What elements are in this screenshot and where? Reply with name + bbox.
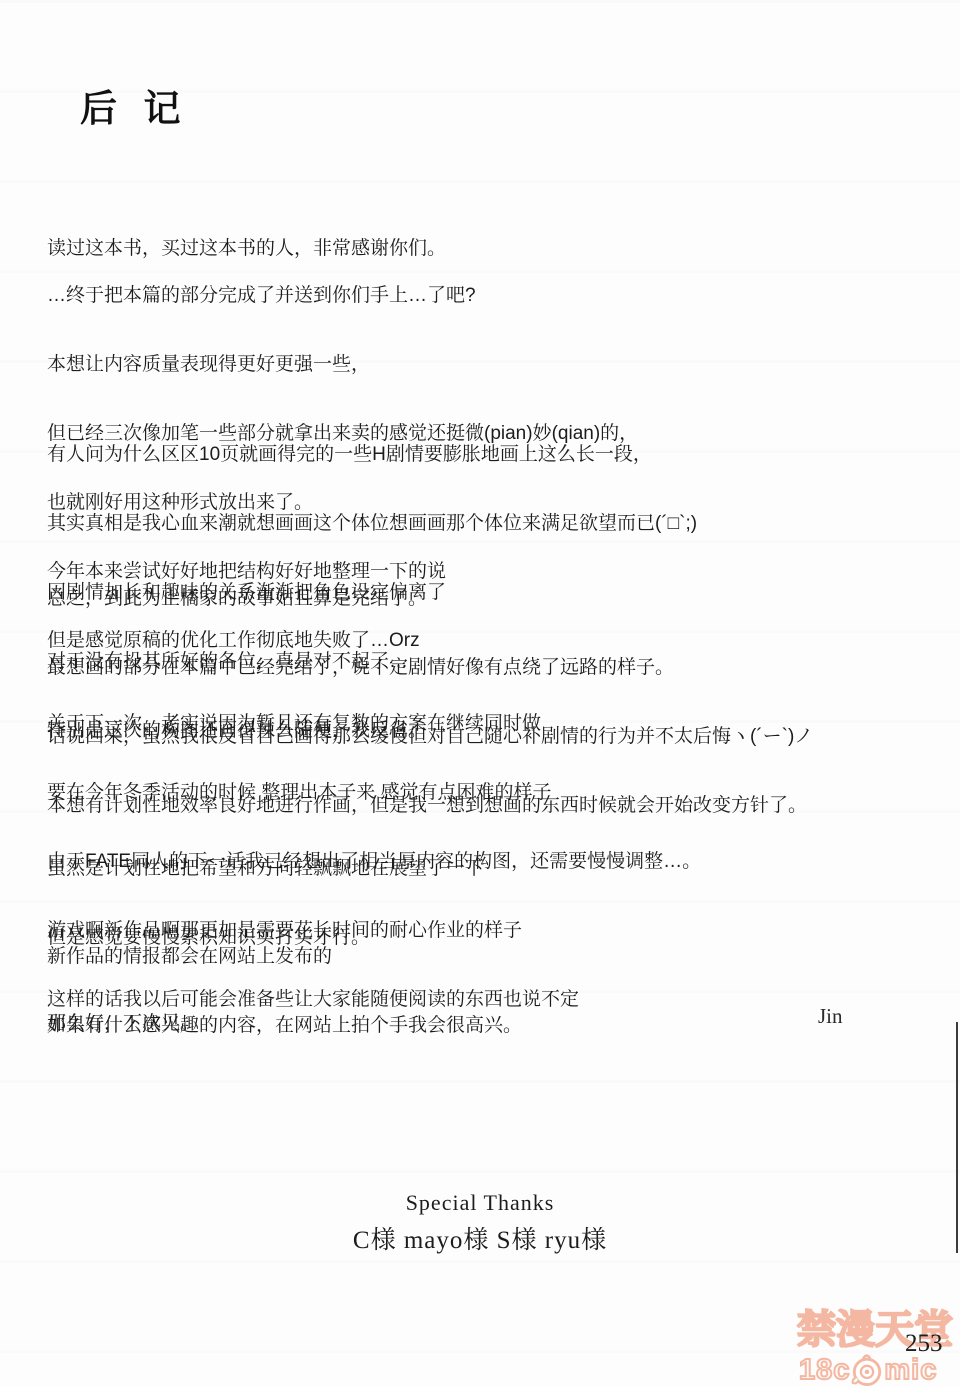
text-line: 其实真相是我心血来潮就想画画这个体位想画画那个体位来满足欲望而已(´□`;) bbox=[47, 512, 697, 535]
afterword-page: 后 记 读过这本书，买过这本书的人，非常感谢你们。 …终于把本篇的部分完成了并送… bbox=[0, 0, 960, 1386]
special-thanks-heading: Special Thanks bbox=[0, 1190, 960, 1216]
text-line: 有人问为什么区区10页就画得完的一些H剧情要膨胀地画上这么长一段， bbox=[47, 443, 697, 466]
text-line: 总之，到此为止橘家的故事姑且算是完结了。 bbox=[47, 587, 813, 610]
watermark-text-prefix: 18c bbox=[799, 1355, 850, 1385]
special-thanks-names: C様 mayo様 S様 ryu様 bbox=[0, 1220, 960, 1256]
author-signature: Jin bbox=[818, 1004, 843, 1029]
paragraph-farewell: 那么好，下次见。 bbox=[47, 966, 199, 1081]
text-line: 要在今年冬季活动的时候 整理出本子来 感觉有点困难的样子 bbox=[47, 781, 701, 804]
page-title: 后 记 bbox=[80, 78, 183, 132]
special-thanks-section: Special Thanks C様 mayo様 S様 ryu様 bbox=[0, 1190, 960, 1256]
text-line: 那么好，下次见。 bbox=[47, 1012, 199, 1035]
whale-mascot-icon bbox=[851, 1353, 883, 1386]
watermark-text-suffix: mic bbox=[884, 1355, 937, 1385]
text-line: 新作品的情报都会在网站上发布的 bbox=[47, 945, 522, 968]
text-line: 虽然是计划性地把希望和方向轻飘飘地在展望了一下 bbox=[47, 857, 484, 880]
page-number: 253 bbox=[905, 1330, 943, 1358]
text-line: …终于把本篇的部分完成了并送到你们手上…了吧? bbox=[47, 284, 638, 307]
text-line: 本想让内容质量表现得更好更强一些， bbox=[47, 353, 638, 376]
text-line: 关于下一次，老实说因为暂且还有复数的方案在继续同时做 bbox=[47, 712, 701, 735]
